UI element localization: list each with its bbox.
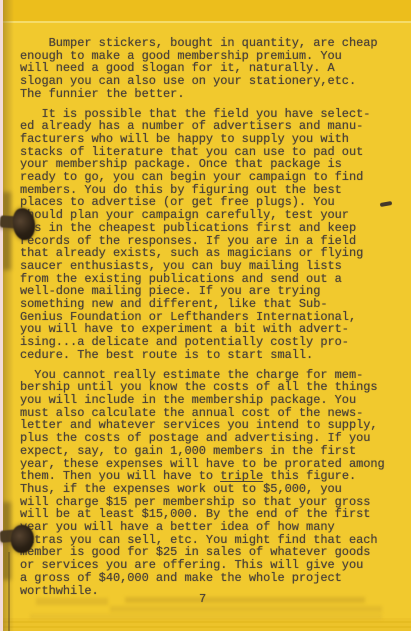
scanned-page: Bumper stickers, bought in quantity, are… <box>0 0 411 631</box>
text-line: worthwhile. <box>20 585 400 598</box>
page-number: 7 <box>199 592 206 606</box>
staple-head <box>9 524 36 555</box>
ghost-text-showthrough <box>110 606 382 612</box>
ghost-text-showthrough <box>36 598 108 605</box>
ghost-text-showthrough <box>125 597 365 603</box>
text-block: Bumper stickers, bought in quantity, are… <box>20 37 400 597</box>
staple-bottom <box>0 516 42 562</box>
staple-top <box>0 203 42 249</box>
paragraph: You cannot really estimate the charge fo… <box>20 369 400 598</box>
staple-head <box>11 207 36 241</box>
binding-crease-line <box>8 552 10 631</box>
paragraph: Bumper stickers, bought in quantity, are… <box>20 37 400 101</box>
text-line: cedure. The best route is to start small… <box>20 349 400 362</box>
page-top-edge <box>0 0 411 21</box>
page-edge-highlight <box>0 21 411 23</box>
paragraph: It is possible that the field you have s… <box>20 108 400 362</box>
page-bottom-edge <box>0 618 411 631</box>
text-line: The funnier the better. <box>20 88 400 101</box>
ghost-text-showthrough <box>30 614 382 619</box>
